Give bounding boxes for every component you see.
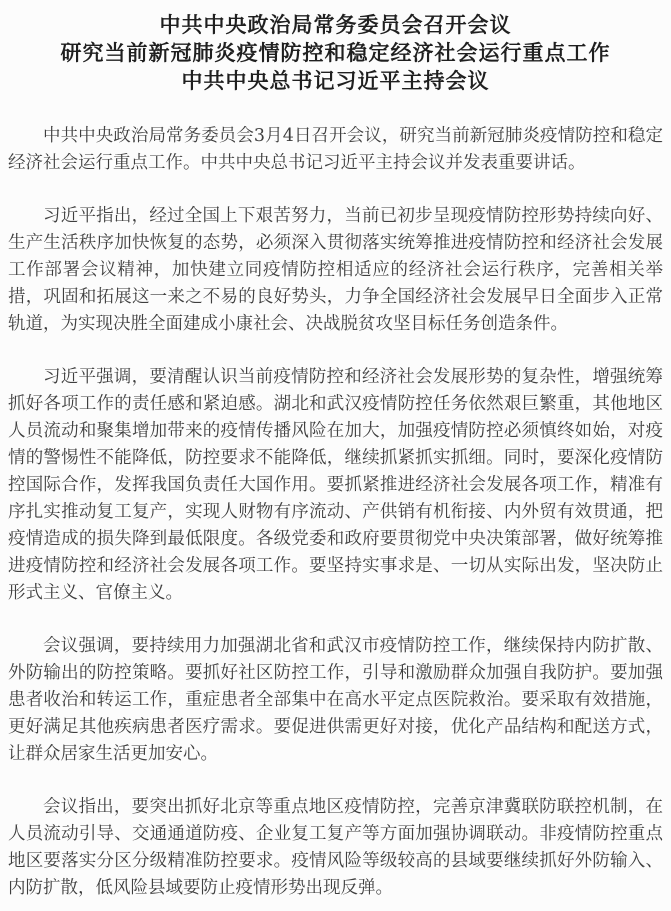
document-page: 中共中央政治局常务委员会召开会议 研究当前新冠肺炎疫情防控和稳定经济社会运行重点… bbox=[0, 0, 671, 911]
article-paragraph-5: 会议指出，要突出抓好北京等重点地区疫情防控，完善京津冀联防联控机制，在人员流动引… bbox=[8, 794, 663, 902]
article-title: 中共中央政治局常务委员会召开会议 研究当前新冠肺炎疫情防控和稳定经济社会运行重点… bbox=[8, 11, 663, 95]
title-line-3: 中共中央总书记习近平主持会议 bbox=[8, 67, 663, 95]
article-paragraph-4: 会议强调，要持续用力加强湖北省和武汉市疫情防控工作，继续保持内防扩散、外防输出的… bbox=[8, 633, 663, 768]
article-paragraph-3: 习近平强调，要清醒认识当前疫情防控和经济社会发展形势的复杂性，增强统筹抓好各项工… bbox=[8, 364, 663, 607]
article-body: 中共中央政治局常务委员会3月4日召开会议，研究当前新冠肺炎疫情防控和稳定经济社会… bbox=[8, 123, 663, 902]
title-line-2: 研究当前新冠肺炎疫情防控和稳定经济社会运行重点工作 bbox=[8, 39, 663, 67]
title-line-1: 中共中央政治局常务委员会召开会议 bbox=[8, 11, 663, 39]
article-paragraph-2: 习近平指出，经过全国上下艰苦努力，当前已初步呈现疫情防控形势持续向好、生产生活秩… bbox=[8, 203, 663, 338]
article-paragraph-1: 中共中央政治局常务委员会3月4日召开会议，研究当前新冠肺炎疫情防控和稳定经济社会… bbox=[8, 123, 663, 177]
